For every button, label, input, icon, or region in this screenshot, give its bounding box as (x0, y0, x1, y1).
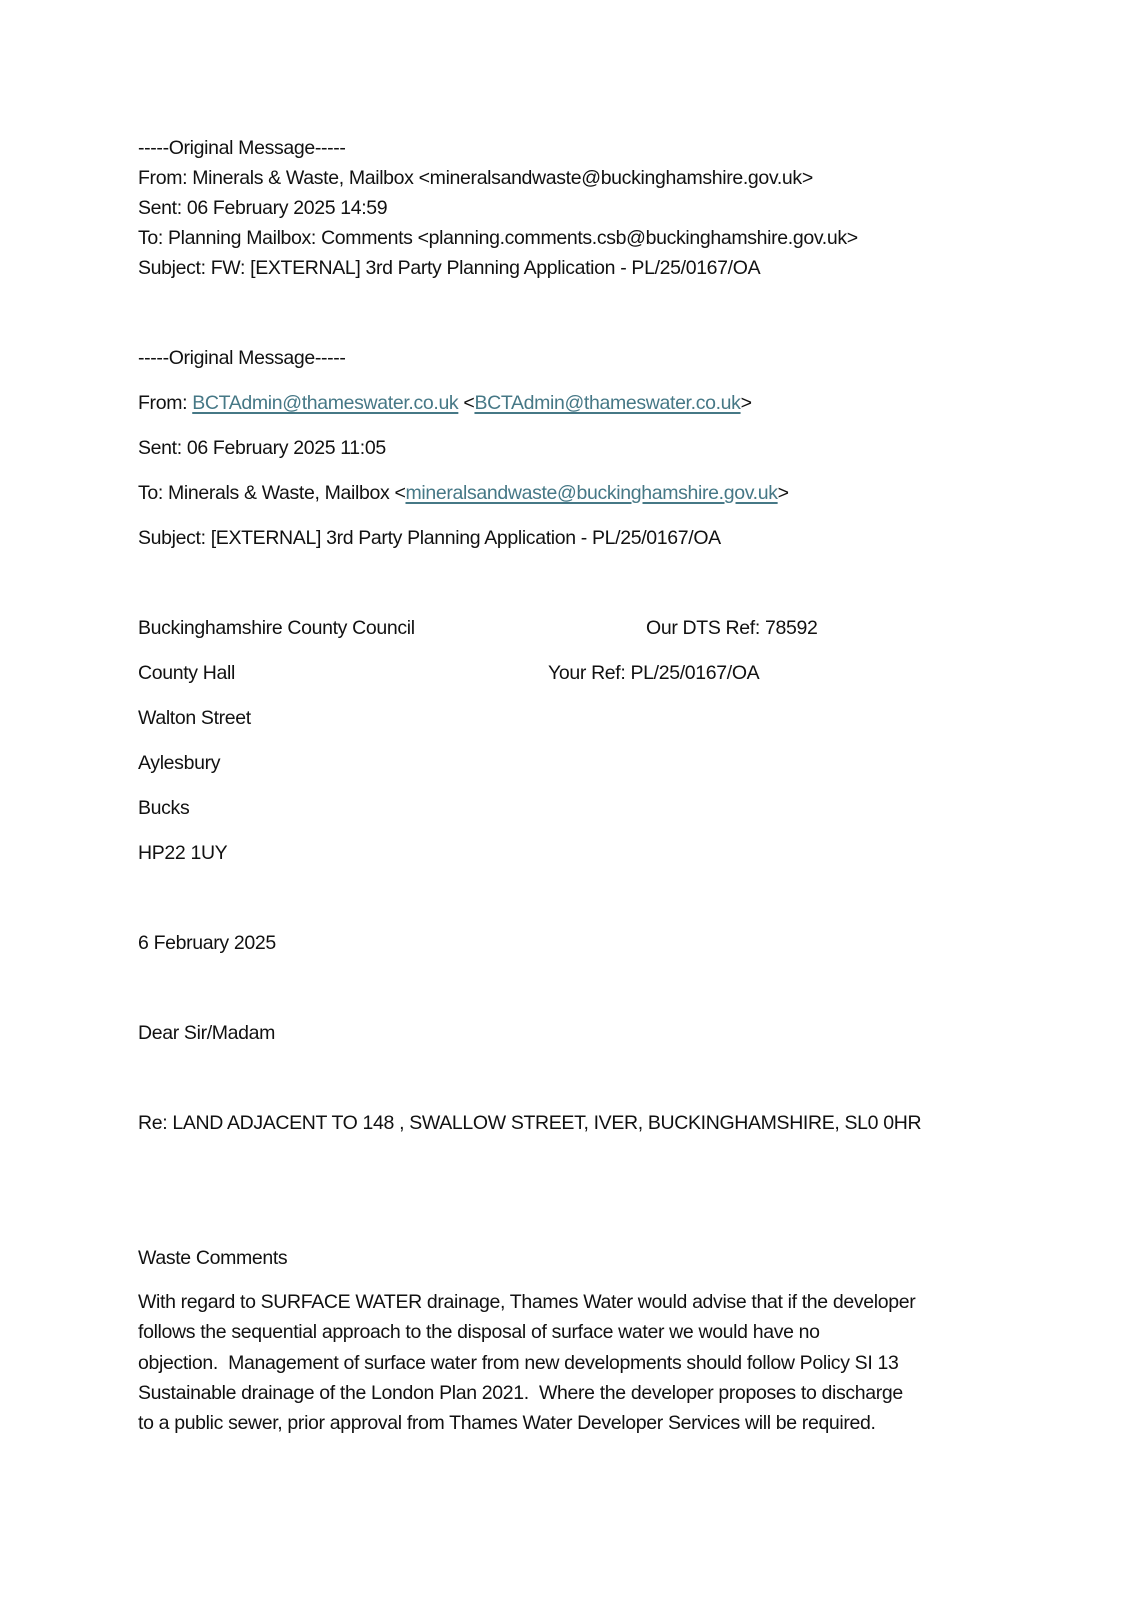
your-reference: Your Ref: PL/25/0167/OA (548, 661, 759, 685)
message-separator: -----Original Message----- (138, 346, 346, 370)
waste-comments-paragraph: With regard to SURFACE WATER drainage, T… (138, 1287, 998, 1438)
paragraph-line: follows the sequential approach to the d… (138, 1317, 998, 1347)
original-to: To: Minerals & Waste, Mailbox <mineralsa… (138, 481, 789, 505)
sender-email-link-2[interactable]: BCTAdmin@thameswater.co.uk (474, 392, 740, 414)
original-subject: Subject: [EXTERNAL] 3rd Party Planning A… (138, 526, 721, 550)
forwarded-from: From: Minerals & Waste, Mailbox <mineral… (138, 166, 813, 190)
original-from: From: BCTAdmin@thameswater.co.uk <BCTAdm… (138, 391, 752, 415)
from-lt: < (458, 392, 474, 414)
to-label: To: Minerals & Waste, Mailbox < (138, 482, 405, 504)
original-sent: Sent: 06 February 2025 11:05 (138, 436, 386, 460)
address-line: Bucks (138, 796, 189, 820)
address-line: HP22 1UY (138, 841, 227, 865)
address-line: Buckinghamshire County Council (138, 616, 415, 640)
recipient-email-link[interactable]: mineralsandwaste@buckinghamshire.gov.uk (405, 482, 777, 504)
to-gt: > (778, 482, 789, 504)
paragraph-line: objection. Management of surface water f… (138, 1348, 998, 1378)
from-label: From: (138, 392, 192, 414)
subject-reference: Re: LAND ADJACENT TO 148 , SWALLOW STREE… (138, 1111, 921, 1135)
salutation: Dear Sir/Madam (138, 1021, 275, 1045)
letter-date: 6 February 2025 (138, 931, 276, 955)
paragraph-line: to a public sewer, prior approval from T… (138, 1408, 998, 1438)
paragraph-line: With regard to SURFACE WATER drainage, T… (138, 1287, 998, 1317)
document-page: -----Original Message----- From: Mineral… (0, 0, 1132, 1600)
address-line: Aylesbury (138, 751, 220, 775)
section-title: Waste Comments (138, 1246, 287, 1270)
address-line: Walton Street (138, 706, 251, 730)
forwarded-sent: Sent: 06 February 2025 14:59 (138, 196, 387, 220)
message-separator: -----Original Message----- (138, 136, 346, 160)
forwarded-subject: Subject: FW: [EXTERNAL] 3rd Party Planni… (138, 256, 760, 280)
paragraph-line: Sustainable drainage of the London Plan … (138, 1378, 998, 1408)
forwarded-to: To: Planning Mailbox: Comments <planning… (138, 226, 858, 250)
our-reference: Our DTS Ref: 78592 (646, 616, 817, 640)
address-line: County Hall (138, 661, 235, 685)
sender-email-link[interactable]: BCTAdmin@thameswater.co.uk (192, 392, 458, 414)
from-gt: > (741, 392, 752, 414)
